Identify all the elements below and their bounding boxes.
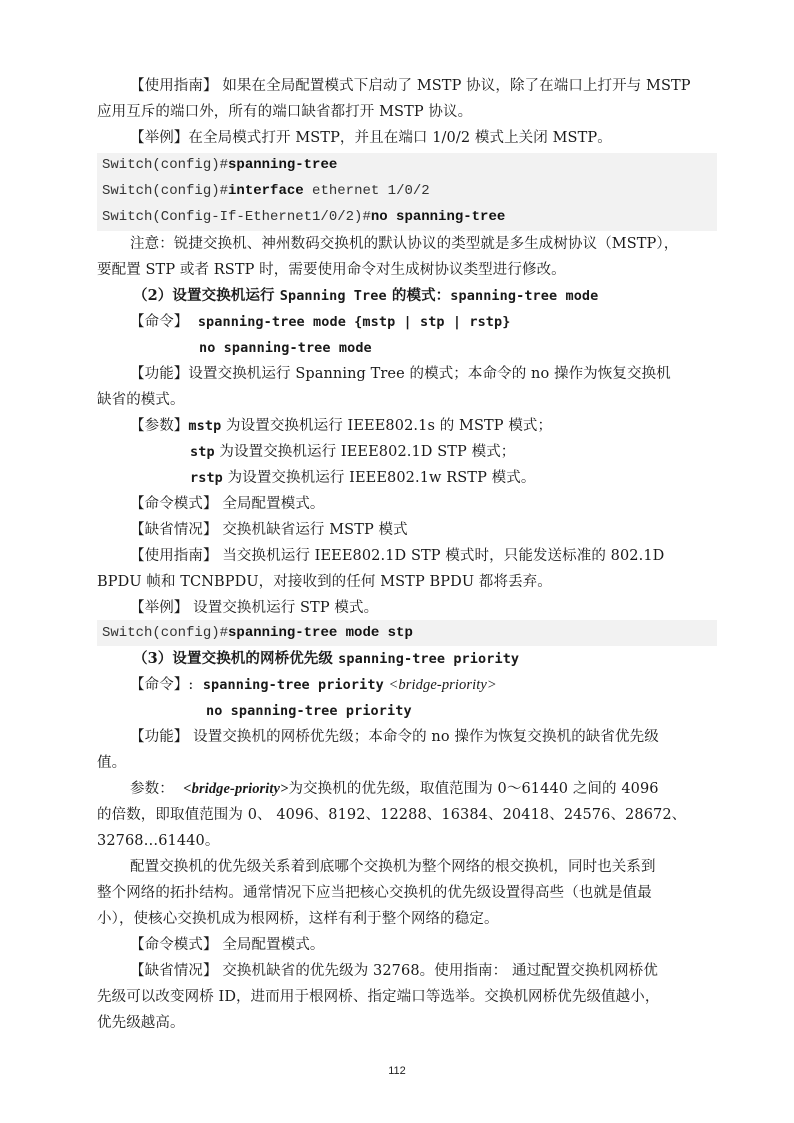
param-line-stp: stp 为设置交换机运行 IEEE802.1D STP 模式； [190, 442, 794, 462]
example-label: 【举例】 [130, 600, 188, 616]
function-line-2: 缺省的模式。 [97, 390, 717, 410]
code-prompt: Switch(config)# [102, 625, 228, 641]
command-mode-line: 【命令模式】 全局配置模式。 [130, 935, 750, 955]
command-syntax: spanning-tree priority [203, 677, 384, 693]
params-label: 【参数】 [130, 418, 188, 434]
paragraph-line-3: 小），使核心交换机成为根网桥，这样有利于整个网络的稳定。 [97, 909, 717, 929]
heading-text: （3）设置交换机的网桥优先级 [133, 650, 338, 667]
code-command: spanning-tree [228, 157, 337, 173]
heading-text: 的模式： [387, 287, 451, 304]
code-prompt: Switch(config)# [102, 157, 228, 173]
default-text: 交换机缺省运行 MSTP 模式 [218, 522, 408, 538]
function-label: 【功能】 [130, 729, 188, 745]
function-line-1: 【功能】设置交换机运行 Spanning Tree 的模式；本命令的 no 操作… [130, 364, 750, 384]
default-line-3: 优先级越高。 [97, 1013, 717, 1033]
paragraph-line-2: 整个网络的拓扑结构。通常情况下应当把核心交换机的优先级设置得高些（也就是值最 [97, 883, 717, 903]
example-text: 设置交换机运行 STP 模式。 [188, 600, 378, 616]
default-label: 【缺省情况】 [130, 522, 218, 538]
section-3-heading: （3）设置交换机的网桥优先级 spanning-tree priority [133, 649, 753, 669]
param-line-rstp: rstp 为设置交换机运行 IEEE802.1w RSTP 模式。 [190, 468, 794, 488]
code-prompt: Switch(config)# [102, 183, 228, 199]
usage-guide-line-2: BPDU 帧和 TCNBPDU，对接收到的任何 MSTP BPDU 都将丢弃。 [97, 572, 717, 592]
param-desc: 为设置交换机运行 IEEE802.1w RSTP 模式。 [223, 470, 536, 486]
note-line-1: 注意：锐捷交换机、神州数码交换机的默认协议的类型就是多生成树协议（MSTP）， [130, 234, 750, 254]
heading-text: （2）设置交换机运行 [133, 287, 280, 304]
default-label: 【缺省情况】 [130, 963, 218, 979]
param-line-2: 的倍数，即取值范围为 0、 4096、8192、12288、16384、2041… [97, 805, 717, 825]
function-line-1: 【功能】 设置交换机的网桥优先级；本命令的 no 操作为恢复交换机的缺省优先级 [130, 727, 750, 747]
command-label: 【命令】 [130, 314, 188, 330]
example-text: 在全局模式打开 MSTP，并且在端口 1/0/2 模式上关闭 MSTP。 [188, 130, 611, 146]
command-no-line: no spanning-tree mode [199, 338, 794, 358]
function-label: 【功能】 [130, 366, 188, 382]
code-prompt: Switch(Config-If-Ethernet1/0/2)# [102, 209, 371, 225]
command-mode-line: 【命令模式】 全局配置模式。 [130, 494, 750, 514]
command-argument: <bridge-priority> [389, 677, 497, 693]
example-line: 【举例】在全局模式打开 MSTP，并且在端口 1/0/2 模式上关闭 MSTP。 [130, 128, 750, 148]
param-name: rstp [190, 470, 223, 486]
section-2-heading: （2）设置交换机运行 Spanning Tree 的模式：spanning-tr… [133, 286, 753, 306]
default-line-1: 【缺省情况】 交换机缺省的优先级为 32768。使用指南： 通过配置交换机网桥优 [130, 961, 750, 981]
heading-command: spanning-tree priority [338, 651, 519, 667]
command-syntax: spanning-tree mode {mstp | stp | rstp} [198, 314, 511, 330]
param-name: mstp [188, 418, 221, 434]
page-number: 112 [0, 1065, 794, 1077]
command-no-line: no spanning-tree priority [206, 701, 794, 721]
code-command: interface [228, 183, 304, 199]
param-argument: <bridge-priority> [183, 781, 288, 797]
command-mode-label: 【命令模式】 [130, 496, 218, 512]
usage-guide-label: 【使用指南】 [130, 78, 218, 94]
usage-guide-line-2: 应用互斥的端口外，所有的端口缺省都打开 MSTP 协议。 [97, 102, 717, 122]
code-args: ethernet 1/0/2 [304, 183, 430, 199]
default-line-2: 先级可以改变网桥 ID，进而用于根网桥、指定端口等选举。交换机网桥优先级值越小， [97, 987, 717, 1007]
code-line: Switch(config)#interface ethernet 1/0/2 [102, 181, 430, 201]
param-line-mstp: 【参数】mstp 为设置交换机运行 IEEE802.1s 的 MSTP 模式； [130, 416, 750, 436]
command-mode-text: 全局配置模式。 [218, 937, 325, 953]
param-desc: 为设置交换机运行 IEEE802.1D STP 模式； [215, 444, 516, 460]
param-desc: 为设置交换机运行 IEEE802.1s 的 MSTP 模式； [221, 418, 552, 434]
heading-term: Spanning Tree [280, 288, 387, 304]
usage-guide-text: 如果在全局配置模式下启动了 MSTP 协议，除了在端口上打开与 MSTP [218, 78, 691, 94]
function-text: 设置交换机运行 Spanning Tree 的模式；本命令的 no 操作为恢复交… [188, 366, 670, 382]
command-label: 【命令】: [130, 677, 193, 693]
default-line: 【缺省情况】 交换机缺省运行 MSTP 模式 [130, 520, 750, 540]
param-name: stp [190, 444, 215, 460]
code-line: Switch(config)#spanning-tree mode stp [102, 623, 413, 643]
default-text: 交换机缺省的优先级为 32768。使用指南： 通过配置交换机网桥优 [218, 963, 658, 979]
usage-guide-line-1: 【使用指南】 当交换机运行 IEEE802.1D STP 模式时，只能发送标准的… [130, 546, 750, 566]
param-line-1: 参数： <bridge-priority>为交换机的优先级，取值范围为 0～61… [130, 779, 750, 799]
code-command: no spanning-tree [371, 209, 505, 225]
command-mode-label: 【命令模式】 [130, 937, 218, 953]
paragraph-line-1: 配置交换机的优先级关系着到底哪个交换机为整个网络的根交换机，同时也关系到 [130, 857, 750, 877]
usage-guide-label: 【使用指南】 [130, 548, 218, 564]
note-line-2: 要配置 STP 或者 RSTP 时，需要使用命令对生成树协议类型进行修改。 [97, 260, 717, 280]
code-line: Switch(config)#spanning-tree [102, 155, 337, 175]
usage-guide-text: 当交换机运行 IEEE802.1D STP 模式时，只能发送标准的 802.1D [218, 548, 665, 564]
example-line: 【举例】 设置交换机运行 STP 模式。 [130, 598, 750, 618]
param-line-3: 32768…61440。 [97, 831, 717, 851]
example-label: 【举例】 [130, 130, 188, 146]
command-line: 【命令】 spanning-tree mode {mstp | stp | rs… [130, 312, 750, 332]
param-label: 参数： [130, 781, 174, 797]
command-line: 【命令】: spanning-tree priority <bridge-pri… [130, 675, 750, 695]
usage-guide-line-1: 【使用指南】 如果在全局配置模式下启动了 MSTP 协议，除了在端口上打开与 M… [130, 76, 750, 96]
command-mode-text: 全局配置模式。 [218, 496, 325, 512]
param-text: 为交换机的优先级，取值范围为 0～61440 之间的 4096 [288, 781, 658, 797]
function-line-2: 值。 [97, 753, 717, 773]
document-page: 【使用指南】 如果在全局配置模式下启动了 MSTP 协议，除了在端口上打开与 M… [0, 0, 794, 1123]
heading-command: spanning-tree mode [450, 288, 598, 304]
code-line: Switch(Config-If-Ethernet1/0/2)#no spann… [102, 207, 505, 227]
code-command: spanning-tree mode stp [228, 625, 413, 641]
function-text: 设置交换机的网桥优先级；本命令的 no 操作为恢复交换机的缺省优先级 [188, 729, 658, 745]
